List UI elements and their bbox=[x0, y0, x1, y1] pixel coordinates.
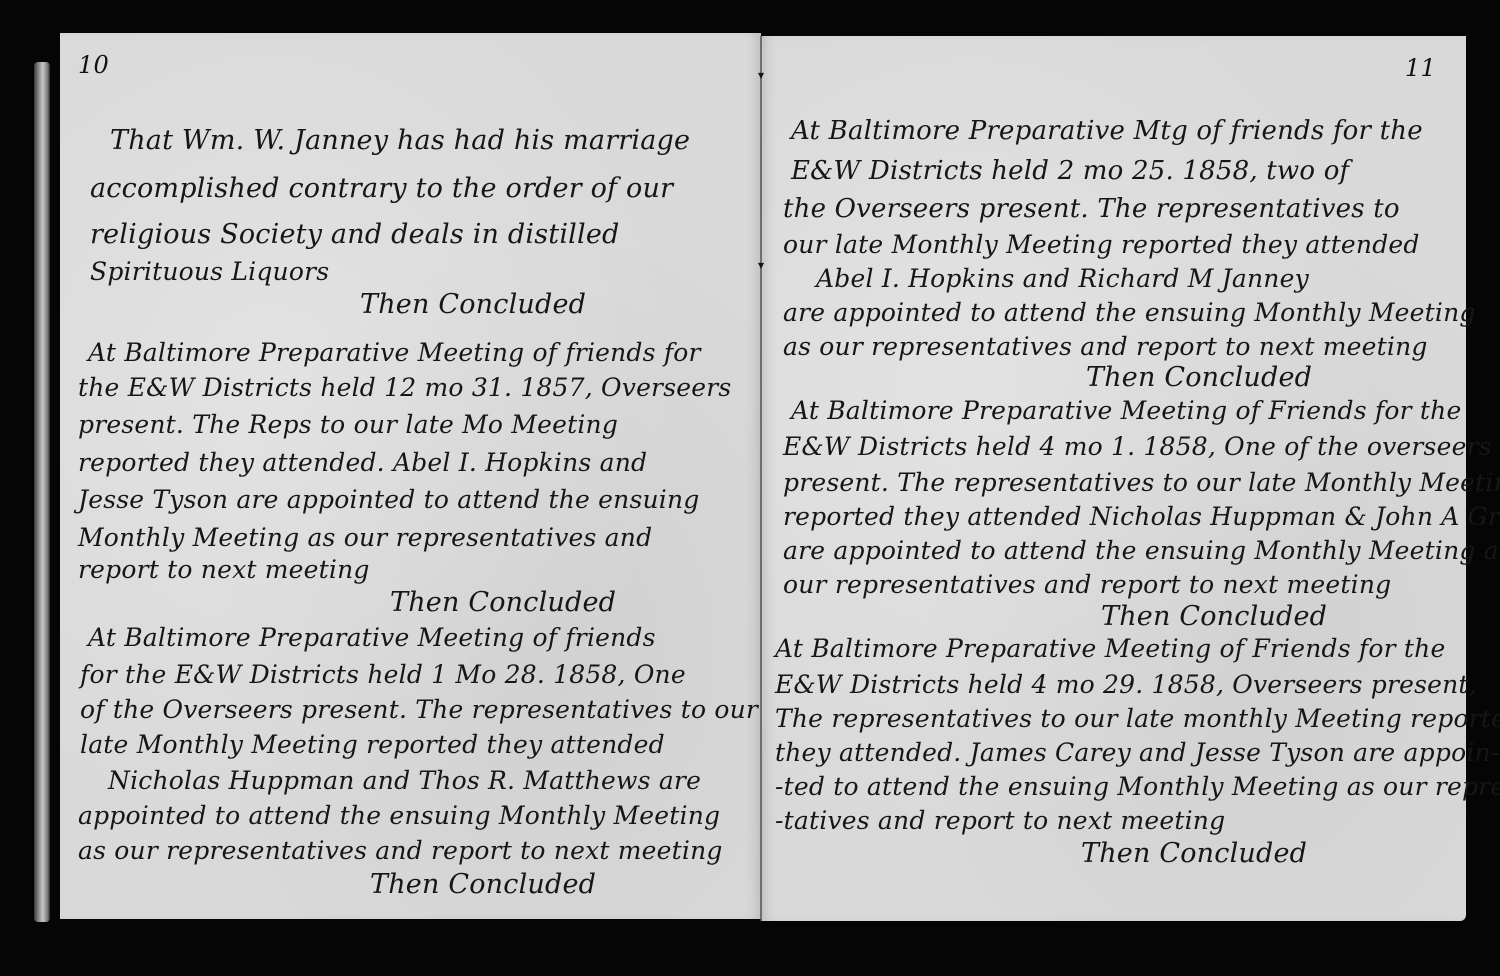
text-line: Nicholas Huppman and Thos R. Matthews ar… bbox=[108, 766, 701, 795]
text-line: the E&W Districts held 12 mo 31. 1857, O… bbox=[78, 373, 731, 402]
text-line: they attended. James Carey and Jesse Tys… bbox=[775, 738, 1499, 767]
text-line: The representatives to our late monthly … bbox=[775, 704, 1500, 733]
text-line: as our representatives and report to nex… bbox=[78, 836, 723, 865]
text-line: -ted to attend the ensuing Monthly Meeti… bbox=[775, 772, 1500, 801]
text-line: reported they attended Nicholas Huppman … bbox=[783, 502, 1500, 531]
text-line: report to next meeting bbox=[78, 555, 370, 584]
binding-stitch-icon: ▾ bbox=[754, 72, 768, 78]
closing-then-concluded: Then Concluded bbox=[390, 587, 616, 618]
closing-then-concluded: Then Concluded bbox=[370, 869, 596, 900]
text-line: present. The representatives to our late… bbox=[783, 468, 1500, 497]
closing-then-concluded: Then Concluded bbox=[360, 289, 586, 320]
document-scan: 10 That Wm. W. Janney has had his marria… bbox=[0, 0, 1500, 976]
text-line: At Baltimore Preparative Meeting of frie… bbox=[88, 338, 701, 367]
text-line: E&W Districts held 4 mo 29. 1858, Overse… bbox=[775, 670, 1477, 699]
text-line: Spirituous Liquors bbox=[90, 257, 329, 286]
text-line: Abel I. Hopkins and Richard M Janney bbox=[816, 264, 1309, 293]
text-line: -tatives and report to next meeting bbox=[775, 806, 1225, 835]
text-line: appointed to attend the ensuing Monthly … bbox=[78, 801, 720, 830]
text-line: E&W Districts held 2 mo 25. 1858, two of bbox=[791, 156, 1349, 186]
closing-then-concluded: Then Concluded bbox=[1086, 362, 1312, 393]
text-line: as our representatives and report to nex… bbox=[783, 332, 1428, 361]
binding-stitch-icon: ▾ bbox=[754, 262, 768, 268]
text-line: At Baltimore Preparative Mtg of friends … bbox=[791, 116, 1423, 146]
text-line: At Baltimore Preparative Meeting of Frie… bbox=[775, 634, 1445, 663]
closing-then-concluded: Then Concluded bbox=[1101, 601, 1327, 632]
closing-then-concluded: Then Concluded bbox=[1081, 838, 1307, 869]
book-spine-edge bbox=[34, 62, 50, 922]
text-line: At Baltimore Preparative Meeting of frie… bbox=[88, 623, 656, 652]
book-gutter bbox=[760, 36, 762, 921]
left-page: 10 That Wm. W. Janney has had his marria… bbox=[60, 33, 761, 919]
text-line: accomplished contrary to the order of ou… bbox=[90, 173, 673, 204]
text-line: our representatives and report to next m… bbox=[783, 570, 1391, 599]
text-line: of the Overseers present. The representa… bbox=[80, 695, 758, 724]
text-line: the Overseers present. The representativ… bbox=[783, 194, 1400, 224]
page-number-right: 11 bbox=[1405, 54, 1436, 82]
text-line: our late Monthly Meeting reported they a… bbox=[783, 230, 1420, 259]
text-line: for the E&W Districts held 1 Mo 28. 1858… bbox=[80, 660, 686, 689]
text-line: present. The Reps to our late Mo Meeting bbox=[78, 410, 618, 439]
right-page: 11 At Baltimore Preparative Mtg of frien… bbox=[761, 36, 1466, 921]
text-line: are appointed to attend the ensuing Mont… bbox=[783, 536, 1500, 565]
text-line: At Baltimore Preparative Meeting of Frie… bbox=[791, 396, 1461, 425]
text-line: That Wm. W. Janney has had his marriage bbox=[110, 125, 690, 156]
text-line: reported they attended. Abel I. Hopkins … bbox=[78, 448, 647, 477]
text-line: Monthly Meeting as our representatives a… bbox=[78, 523, 652, 552]
text-line: late Monthly Meeting reported they atten… bbox=[80, 730, 665, 759]
page-number-left: 10 bbox=[78, 51, 109, 79]
text-line: are appointed to attend the ensuing Mont… bbox=[783, 298, 1476, 327]
text-line: religious Society and deals in distilled bbox=[90, 219, 620, 250]
text-line: E&W Districts held 4 mo 1. 1858, One of … bbox=[783, 432, 1492, 461]
text-line: Jesse Tyson are appointed to attend the … bbox=[78, 485, 700, 514]
